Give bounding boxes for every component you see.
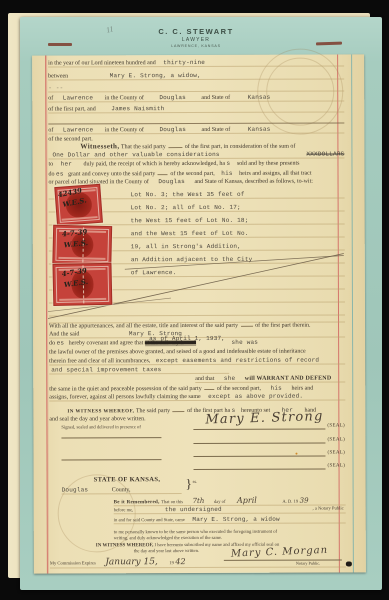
appurtenances-p2: of the first part therein. <box>255 323 311 329</box>
grantor-name-typed: Mary E. Strong, a widow, <box>110 72 201 79</box>
cover-letterhead: C. C. STEWART LAWYER LAWRENCE, KANSAS <box>20 27 372 48</box>
lawful-owner-line: the lawful owner of the premises above g… <box>49 348 345 355</box>
warrant-p1: and that <box>195 376 214 382</box>
seal-label-3: (SEAL) <box>327 450 345 455</box>
description-text: an Addition adjacent to the City <box>131 257 253 264</box>
between-printed: between <box>48 73 68 79</box>
grant-line: do es grant and convey unto the said par… <box>48 169 344 177</box>
ink-smudge <box>346 561 352 566</box>
seal-label-1: (SEAL) <box>327 423 345 428</box>
appurtenances-line: With all the appurtenances, and all the … <box>49 321 345 329</box>
pencil-mark: 11 <box>105 24 114 35</box>
description-text: of Lawrence. <box>131 270 177 276</box>
agree-p1: do <box>49 341 55 347</box>
except-typed: except easements and restrictions of rec… <box>156 357 319 365</box>
presence-line: Signed, sealed and delivered in presence… <box>61 425 201 430</box>
grantor-city: Lawrence <box>63 94 93 101</box>
scanned-deed-photo: C. C. STEWART LAWYER LAWRENCE, KANSAS 11… <box>0 0 389 600</box>
in-witness-lead: IN WITNESS WHEREOF, <box>67 409 134 414</box>
clear-printed: therein free and clear of all incumbranc… <box>49 358 150 364</box>
description-text: the West 15 feet of Lot No. 18; <box>131 218 249 225</box>
blank-underline <box>173 407 185 412</box>
description-text: Lot No. 2; all of Lot No. 17; <box>131 205 241 212</box>
revenue-stamp-2: 4-7-39 W.E.S. <box>53 226 111 264</box>
witness-rule <box>61 437 161 438</box>
description-text: and the West 15 feet of Lot No. <box>131 231 249 238</box>
commission-year-handwritten: 42 <box>175 557 185 566</box>
remembered-p3: A. D. 19 <box>282 499 298 504</box>
year-line: in the year of our Lord nineteen hundred… <box>48 59 344 67</box>
ss-label: ss. <box>193 479 198 484</box>
seal-label-2: (SEAL) <box>327 437 345 442</box>
paid-p2: duly paid, the receipt of which is hereb… <box>84 161 225 167</box>
remembered-line: Be it Remembered, That on this 7th day o… <box>114 496 346 506</box>
county-label: in the County of <box>105 95 144 101</box>
blank-underline <box>241 322 253 327</box>
grant-p1: do <box>49 172 55 178</box>
parcel-p2: and State of Kansas, described as follow… <box>194 179 313 185</box>
witnesseth-p2: of the first part, in consideration of t… <box>185 144 296 150</box>
warrant-line: and that she will WARRANT AND DEFEND <box>195 375 345 383</box>
revenue-stamp-1: 42439 W.E.S. <box>55 185 102 225</box>
possession-p3: heirs and <box>291 386 313 392</box>
before-me-line: before me, the undersigned , a Notary Pu… <box>114 506 346 514</box>
grantee-state: Kansas <box>248 126 271 133</box>
before-printed: before me, <box>114 507 134 512</box>
of-label: of <box>48 128 53 134</box>
state-printed: STATE OF KANSAS, <box>94 476 161 483</box>
appurtenances-p1: With all the appurtenances, and all the … <box>49 323 238 330</box>
blank-underline <box>158 170 168 175</box>
possession-p1: the same in the quiet and peaceable poss… <box>49 386 201 393</box>
blank-ruled-line <box>48 115 344 124</box>
grant-p3: of the second part, <box>170 171 214 177</box>
deed-document: in the year of our Lord nineteen hundred… <box>32 54 366 573</box>
agree-line: do es hereby covenant and agree that at … <box>49 339 345 346</box>
commission-label: My Commission Expires <box>50 560 96 565</box>
year-typed: thirty-nine <box>163 59 205 66</box>
possession-his-typed: his <box>271 385 282 392</box>
paid-p1: to <box>48 162 53 168</box>
known-line-2: writing, and duly acknowledged the execu… <box>114 535 346 541</box>
lawyer-name: C. C. STEWART <box>20 27 372 36</box>
improvement-tax-line: and special improvement taxes <box>49 367 229 375</box>
state-line: STATE OF KANSAS, <box>94 476 389 484</box>
possession-p2: of the second part, <box>217 386 261 392</box>
typed-insertion-above: as of April 1, 1937, <box>149 336 225 343</box>
grant-p4: heirs and assigns, all that tract <box>239 171 311 177</box>
fill-marks: - -- <box>48 84 63 91</box>
presence-printed: Signed, sealed and delivered in presence… <box>61 424 140 429</box>
paid-p3: sold and by these presents <box>237 161 300 167</box>
description-text: 19, all in Strong's Addition, <box>131 244 241 251</box>
of-label: of <box>48 96 53 102</box>
first-part-line: of the first part, and James Naismith <box>48 105 344 113</box>
grant-p2: grant and convey unto the said party <box>68 171 155 177</box>
notary-witness2-printed: the day and year last above written. <box>134 548 199 553</box>
notary-title-printed: Notary Public. <box>296 561 320 566</box>
remembered-p1: That on this <box>161 499 183 504</box>
brace-glyph: } <box>186 476 192 492</box>
revenue-stamp-3: 4-7-39 W.E.S. <box>53 264 111 305</box>
blank-underline <box>204 385 214 390</box>
commission-19: 19 <box>169 560 174 565</box>
day-handwritten: 7th <box>193 497 205 505</box>
and-seal-printed: and seal the day and year above written. <box>49 416 145 422</box>
witnesseth-word: Witnesseth, <box>80 142 119 150</box>
blank-ruled-line <box>49 302 345 316</box>
came-typed: Mary E. Strong, a widow <box>192 516 279 523</box>
came-line: in and for said County and State, came M… <box>114 516 346 524</box>
grantee-residence-line: of Lawrence in the County of Douglas and… <box>48 126 344 134</box>
right-margin-rule-teal <box>351 54 354 572</box>
remembered-lead: Be it Remembered, <box>114 500 160 505</box>
consideration-line: One Dollar and other valuable considerat… <box>48 151 344 159</box>
state-label: and State of <box>202 127 231 133</box>
known2-printed: writing, and duly acknowledged the execu… <box>114 535 222 540</box>
notary-witness-printed: I have hereunto subscribed my name and a… <box>155 542 280 547</box>
claiming-line: assigns, forever, against all persons la… <box>49 393 345 401</box>
signature-rule <box>193 443 325 444</box>
taxes-typed: and special improvement taxes <box>51 366 161 373</box>
fill-line: - -- <box>48 84 344 92</box>
notary-public-printed: , a Notary Public <box>313 506 344 511</box>
parcel-county-typed: Douglas <box>158 178 185 185</box>
owner-printed: the lawful owner of the premises above g… <box>49 349 306 356</box>
county-typed: Douglas <box>62 486 89 493</box>
incumbrances-line: therein free and clear of all incumbranc… <box>49 357 345 365</box>
witnesseth-p1: That the said party <box>121 144 166 150</box>
claiming-typed: except as above provided. <box>208 393 303 400</box>
grantor-signature: Mary E. Strong <box>205 409 324 427</box>
blank-underline <box>168 143 182 148</box>
month-handwritten: April <box>237 496 257 505</box>
came-printed: in and for said County and State, came <box>114 517 185 522</box>
year-handwritten: 39 <box>300 497 309 505</box>
warrant-defend-printed: will WARRANT AND DEFEND <box>245 376 332 382</box>
grantee-name-typed: James Naismith <box>111 105 164 112</box>
rust-staple-left <box>48 43 72 46</box>
and-said-printed: And the said <box>49 331 79 337</box>
grant-his-typed: his <box>221 170 232 177</box>
signature-rule <box>193 456 325 457</box>
signature-rule <box>193 429 325 430</box>
notary-title-line: Notary Public. <box>296 561 346 566</box>
grantor-state: Kansas <box>248 94 271 101</box>
warrant-she-typed: she <box>224 375 235 382</box>
remembered-p2: day of <box>214 499 226 504</box>
county-line: Douglas County, <box>62 487 182 495</box>
year-printed: in the year of our Lord nineteen hundred… <box>48 60 156 66</box>
seal-label-4: (SEAL) <box>328 463 346 468</box>
county-label: in the County of <box>105 127 144 133</box>
state-label: and State of <box>201 95 230 101</box>
undersigned-typed: the undersigned <box>165 506 222 513</box>
witness-p1: The said party <box>136 408 170 414</box>
grant-es-typed: es <box>56 170 64 177</box>
grantor-residence-line: of Lawrence in the County of Douglas and… <box>48 94 344 102</box>
commission-date-handwritten: January 15, <box>105 557 158 567</box>
possession-line: the same in the quiet and peaceable poss… <box>49 384 345 392</box>
known1-printed: to me personally known to be the same pe… <box>114 529 277 535</box>
she-was-typed: she was <box>231 339 258 346</box>
agree-p2: hereby covenant and agree that <box>69 340 144 346</box>
description-text: Lot No. 3; the West 35 feet of <box>131 192 245 199</box>
witnesseth-line: Witnesseth, That the said party of the f… <box>48 142 344 150</box>
grantee-county: Douglas <box>159 126 186 133</box>
dollars-overstruck: XXXDOLLARS <box>306 151 344 157</box>
paid-s-typed: s <box>226 160 230 167</box>
grantor-county: Douglas <box>159 94 186 101</box>
paper-speck <box>295 453 297 455</box>
witness-rule <box>62 459 162 460</box>
consideration-typed: One Dollar and other valuable considerat… <box>52 151 219 159</box>
claiming-printed: assigns, forever, against all persons la… <box>49 394 200 401</box>
paid-line: to her duly paid, the receipt of which i… <box>48 160 344 167</box>
between-line: between Mary E. Strong, a widow, <box>48 72 344 80</box>
grantee-city: Lawrence <box>63 126 93 133</box>
paid-her-typed: her <box>61 160 72 167</box>
county-word: County, <box>112 487 131 493</box>
agree-es-typed: es <box>57 339 65 346</box>
first-part-printed: of the first part, and <box>48 106 96 112</box>
signature-rule <box>194 469 326 470</box>
